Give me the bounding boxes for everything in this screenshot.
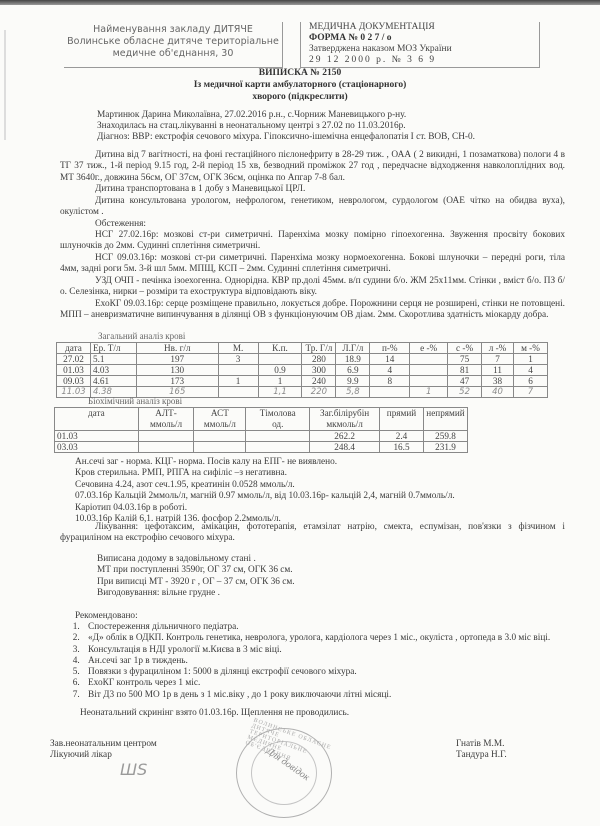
biochem-cell: 16.5 (380, 442, 424, 453)
biochem-cell (246, 431, 310, 442)
cbc-cell-handwritten (218, 387, 258, 398)
biochem-header-cell: Тімолова од. (246, 408, 310, 431)
cbc-cell-handwritten: 40 (482, 387, 514, 398)
institution-box: Найменування закладу ДИТЯЧЕ Волинське об… (64, 22, 283, 68)
recommendation-item: Віт Д3 по 500 МО 1р в день з 1 міс.віку … (82, 690, 600, 701)
recommendation-item: ЕхоКГ контроль через 1 міс. (82, 678, 600, 689)
signature-role: Зав.неонатальним центром (50, 739, 157, 750)
cbc-cell: 280 (302, 354, 336, 365)
recommendation-item: Повязки з фурациліном 1: 5000 в ділянці … (82, 667, 600, 678)
cbc-cell (410, 354, 448, 365)
cbc-cell: 18.9 (336, 354, 370, 365)
cbc-cell-handwritten: 220 (302, 387, 336, 398)
recommendation-item: Консультація в НДІ урології м.Києва в 3 … (82, 645, 600, 656)
cbc-cell: 01.03 (57, 365, 91, 376)
cbc-cell (410, 376, 448, 387)
signatory-name: Гнатів М.М. (456, 739, 504, 750)
cbc-header-cell: Л.Г/л (336, 343, 370, 354)
institution-line: Волинське обласне дитяче територіальне (64, 36, 282, 48)
doc-type: МЕДИЧНА ДОКУМЕНТАЦІЯ (309, 22, 539, 33)
biochem-row: 03.03248.416.5231.9 (55, 442, 468, 453)
nsg-2: НСГ 09.03.16р: мозкові ст-ри симетричні.… (60, 253, 565, 276)
biochem-cell (138, 431, 194, 442)
lab-line: 07.03.16р Кальцій 2ммоль/л, магній 0.97 … (75, 491, 455, 502)
cbc-cell: 9.9 (336, 376, 370, 387)
cbc-cell: 09.03 (57, 376, 91, 387)
cbc-cell: 4 (513, 365, 547, 376)
extract-number: ВИПИСКА № 2150 (0, 68, 600, 78)
cbc-cell (218, 365, 258, 376)
recommendations-list: Спостереження дільничного педіатра.«Д» о… (62, 622, 600, 701)
biochem-header-cell: прямий (380, 408, 424, 431)
cbc-cell (410, 365, 448, 376)
extract-subtitle: Із медичної карти амбулаторного (стаціон… (0, 80, 600, 90)
anamnesis-paragraph: Дитина від 7 вагітності, на фоні гестаці… (60, 150, 565, 184)
biochem-header-cell: Заг.білірубін мкмоль/л (310, 408, 380, 431)
biochem-cell (138, 442, 194, 453)
cbc-cell: 173 (136, 376, 218, 387)
biochem-cell (246, 442, 310, 453)
cbc-header-cell: п-% (370, 343, 410, 354)
cbc-cell: 7 (482, 354, 514, 365)
cbc-cell: 1 (218, 376, 258, 387)
echocardiography: ЕхоКГ 09.03.16р: серце розміщене правиль… (60, 299, 565, 322)
approval-line: Затверджена наказом МОЗ України (309, 44, 539, 55)
biochem-cell: 231.9 (423, 442, 467, 453)
handwritten-signature: ШS (120, 760, 147, 779)
cbc-cell: 75 (448, 354, 482, 365)
patient-name: Мартинюк Дарина Миколаївна, 27.02.2016 р… (97, 110, 406, 121)
cbc-header-cell: К.п. (258, 343, 302, 354)
discharge-line: Виписана додому в задовільному стані . (97, 554, 256, 565)
cbc-cell-handwritten: 1,1 (258, 387, 302, 398)
biochem-cell (194, 431, 246, 442)
cbc-header-cell: л -% (482, 343, 514, 354)
recommendation-item: Ан.сечі заг 1р в тиждень. (82, 656, 600, 667)
cbc-cell-handwritten (370, 387, 410, 398)
recommendation-item: «Д» облік в ОДКП. Контроль генетика, нев… (82, 633, 600, 644)
cbc-cell: 14 (370, 354, 410, 365)
biochem-row: 01.03262.22.4259.8 (55, 431, 468, 442)
approval-date: 29 12 2000 р. № 3 6 9 (309, 55, 539, 66)
nsg-1: НСГ 27.02.16р: мозкові ст-ри симетричні.… (60, 230, 565, 253)
biochem-header-cell: непрямий (423, 408, 467, 431)
cbc-cell: 3 (218, 354, 258, 365)
biochem-cell: 01.03 (55, 431, 139, 442)
lab-line: Каріотип 04.03.16р в роботі. (75, 503, 187, 514)
transport-paragraph: Дитина транспортована в 1 добу з Маневиц… (60, 184, 565, 195)
cbc-header-cell: с -% (448, 343, 482, 354)
cbc-cell: 6.9 (336, 365, 370, 376)
discharge-line: При виписці МТ - 3920 г , ОГ – 37 см, ОГ… (97, 577, 295, 588)
cbc-cell: 11 (482, 365, 514, 376)
biochem-cell: 2.4 (380, 431, 424, 442)
recommended-label: Рекомендовано: (75, 611, 138, 622)
discharge-line: Вигодовування: вільне грудне . (97, 588, 220, 599)
cbc-header-cell: Нв. г/л (136, 343, 218, 354)
cbc-cell: 197 (136, 354, 218, 365)
recommendation-item: Спостереження дільничного педіатра. (82, 622, 600, 633)
cbc-cell: 4.03 (90, 365, 136, 376)
form-number: ФОРМА № 0 2 7 / о (309, 33, 539, 44)
discharge-line: МТ при поступленні 3590г, ОГ 37 см, ОГК … (97, 565, 293, 576)
cbc-cell: 1 (513, 354, 547, 365)
signatory-name: Тандура Н.Г. (456, 750, 507, 761)
cbc-cell: 47 (448, 376, 482, 387)
cbc-table: датаЕр. Т/лНв. г/лМ.К.п.Тр. Г/лЛ.Г/лп-%е… (56, 342, 548, 398)
cbc-cell: 300 (302, 365, 336, 376)
cbc-cell-handwritten: 7 (513, 387, 547, 398)
cbc-header-cell: Тр. Г/л (302, 343, 336, 354)
cbc-cell: 4 (370, 365, 410, 376)
cbc-header-cell: Ер. Т/л (90, 343, 136, 354)
institution-line: медичне об'єднання, 30 (64, 48, 282, 60)
cbc-cell: 81 (448, 365, 482, 376)
cbc-cell (258, 354, 302, 365)
biochem-header-cell: дата (55, 408, 139, 431)
cbc-row: 01.034.031300.93006.9481114 (57, 365, 548, 376)
cbc-header-cell: М. (218, 343, 258, 354)
official-stamp: ВОЛИНСЬКЕ ОБЛАСНЕ ДИТЯЧЕ ТЕРИТОРІАЛЬНЕ М… (236, 728, 332, 818)
exam-heading: Обстеження: (60, 219, 565, 230)
lab-line: Ан.сечі заг - норма. КЦГ- норма. Посів к… (75, 457, 337, 468)
treatment: Лікування: цефотаксим, амікацин, фототер… (60, 522, 565, 545)
cbc-cell: 27.02 (57, 354, 91, 365)
cbc-cell: 4.61 (90, 376, 136, 387)
form-info-box: МЕДИЧНА ДОКУМЕНТАЦІЯ ФОРМА № 0 2 7 / о З… (300, 22, 540, 68)
cbc-header-cell: е -% (410, 343, 448, 354)
lab-line: Сечовина 4.24, азот сеч.1.95, креатинін … (75, 480, 295, 491)
institution-line: Найменування закладу ДИТЯЧЕ (64, 24, 282, 36)
cbc-cell-handwritten: 11.03 (57, 387, 91, 398)
extract-subtitle-2: хворого (підкреслити) (0, 92, 600, 102)
diagnosis: Діагноз: ВВР: екстрофія сечового міхура.… (97, 132, 475, 143)
cbc-row: 09.034.61173112409.9847386 (57, 376, 548, 387)
cbc-cell: 8 (370, 376, 410, 387)
lab-line: Кров стерильна. РМП, РПГА на сифіліс –з … (75, 468, 287, 479)
biochem-cell (194, 442, 246, 453)
biochem-label: Біохімічний аналіз крові (88, 396, 182, 406)
biochem-header-cell: АСТ ммоль/л (194, 408, 246, 431)
consult-paragraph: Дитина консультована урологом, нефролого… (60, 196, 565, 219)
signature-role: Лікуючий лікар (50, 750, 112, 761)
biochem-cell: 259.8 (423, 431, 467, 442)
cbc-cell: 5.1 (90, 354, 136, 365)
stay-period: Знаходилась на стац.лікуванні в неонатал… (97, 121, 406, 132)
biochem-table: датаАЛТ- ммоль/лАСТ ммоль/лТімолова од.З… (54, 407, 468, 453)
biochem-cell: 248.4 (310, 442, 380, 453)
cbc-header-cell: м -% (513, 343, 547, 354)
cbc-cell: 6 (513, 376, 547, 387)
cbc-cell: 1 (258, 376, 302, 387)
biochem-cell: 03.03 (55, 442, 139, 453)
cbc-cell: 0.9 (258, 365, 302, 376)
scan-top-edge (0, 0, 600, 5)
biochem-cell: 262.2 (310, 431, 380, 442)
cbc-cell-handwritten: 1 (410, 387, 448, 398)
ultrasound: УЗД ОЧП - печінка ізоехогенна. Однорідна… (60, 276, 565, 299)
cbc-cell: 130 (136, 365, 218, 376)
biochem-header-cell: АЛТ- ммоль/л (138, 408, 194, 431)
cbc-label: Загальний аналіз крові (98, 331, 185, 341)
cbc-header-cell: дата (57, 343, 91, 354)
cbc-cell: 240 (302, 376, 336, 387)
screening-note: Неонатальний скринінг взято 01.03.16р. Щ… (80, 708, 349, 719)
cbc-cell: 38 (482, 376, 514, 387)
cbc-cell-handwritten: 52 (448, 387, 482, 398)
cbc-cell-handwritten: 5,8 (336, 387, 370, 398)
cbc-row: 27.025.1197328018.9147571 (57, 354, 548, 365)
